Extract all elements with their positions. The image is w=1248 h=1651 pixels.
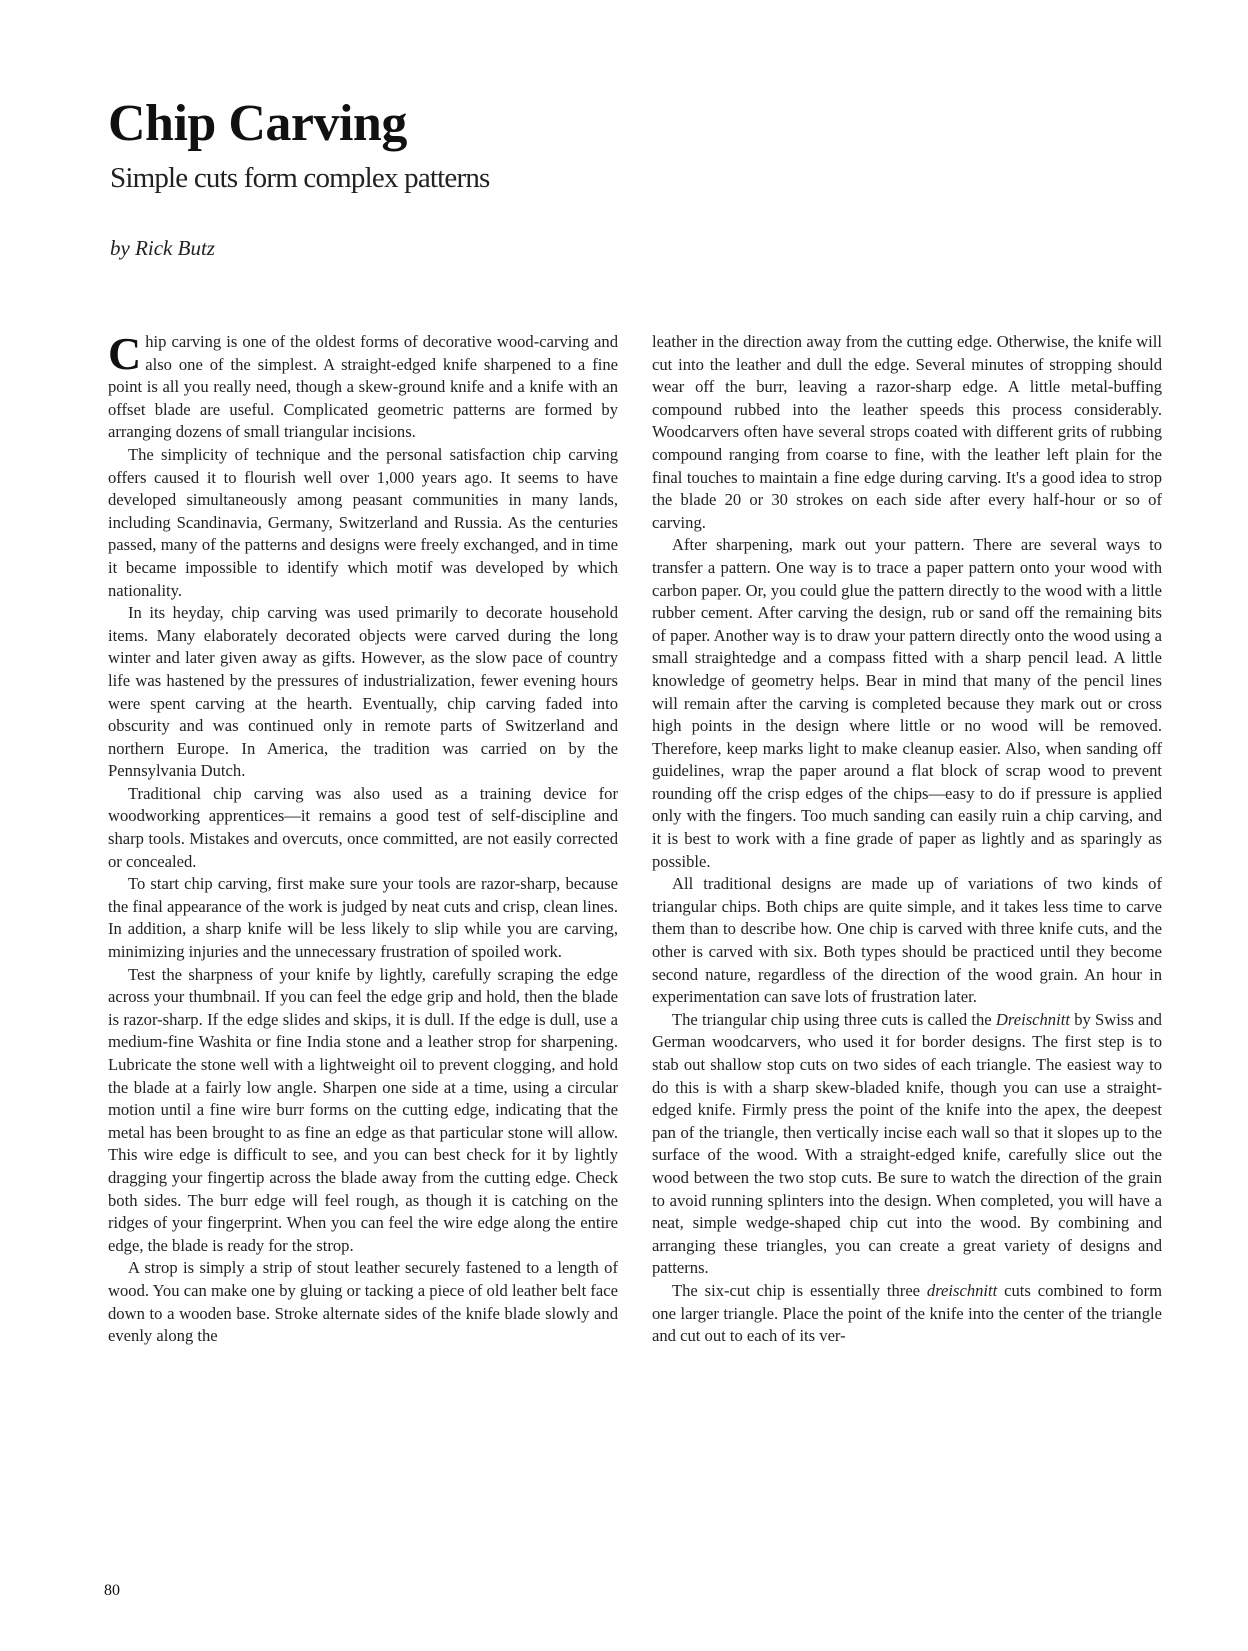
paragraph-text: by Swiss and German woodcarvers, who use… bbox=[652, 1010, 1162, 1278]
paragraph: The six-cut chip is essentially three dr… bbox=[652, 1280, 1162, 1348]
paragraph: To start chip carving, first make sure y… bbox=[108, 873, 618, 963]
drop-cap: C bbox=[108, 335, 141, 373]
paragraph: Chip carving is one of the oldest forms … bbox=[108, 331, 618, 444]
paragraph-continued: leather in the direction away from the c… bbox=[652, 331, 1162, 534]
author-byline: by Rick Butz bbox=[110, 236, 215, 261]
article-subtitle: Simple cuts form complex patterns bbox=[110, 164, 490, 193]
paragraph-text: hip carving is one of the oldest forms o… bbox=[108, 332, 618, 441]
paragraph: After sharpening, mark out your pattern.… bbox=[652, 534, 1162, 873]
paragraph: In its heyday, chip carving was used pri… bbox=[108, 602, 618, 783]
page-number: 80 bbox=[104, 1582, 120, 1600]
paragraph-text: The triangular chip using three cuts is … bbox=[672, 1010, 996, 1029]
paragraph: Test the sharpness of your knife by ligh… bbox=[108, 964, 618, 1258]
paragraph: The triangular chip using three cuts is … bbox=[652, 1009, 1162, 1280]
paragraph: A strop is simply a strip of stout leath… bbox=[108, 1257, 618, 1347]
paragraph: Traditional chip carving was also used a… bbox=[108, 783, 618, 873]
italic-term: dreischnitt bbox=[927, 1281, 997, 1300]
left-column: Chip carving is one of the oldest forms … bbox=[108, 331, 618, 1348]
right-column: leather in the direction away from the c… bbox=[652, 331, 1162, 1348]
paragraph: All traditional designs are made up of v… bbox=[652, 873, 1162, 1009]
italic-term: Dreischnitt bbox=[996, 1010, 1070, 1029]
paragraph: The simplicity of technique and the pers… bbox=[108, 444, 618, 602]
paragraph-text: The six-cut chip is essentially three bbox=[672, 1281, 927, 1300]
article-title: Chip Carving bbox=[108, 98, 407, 150]
